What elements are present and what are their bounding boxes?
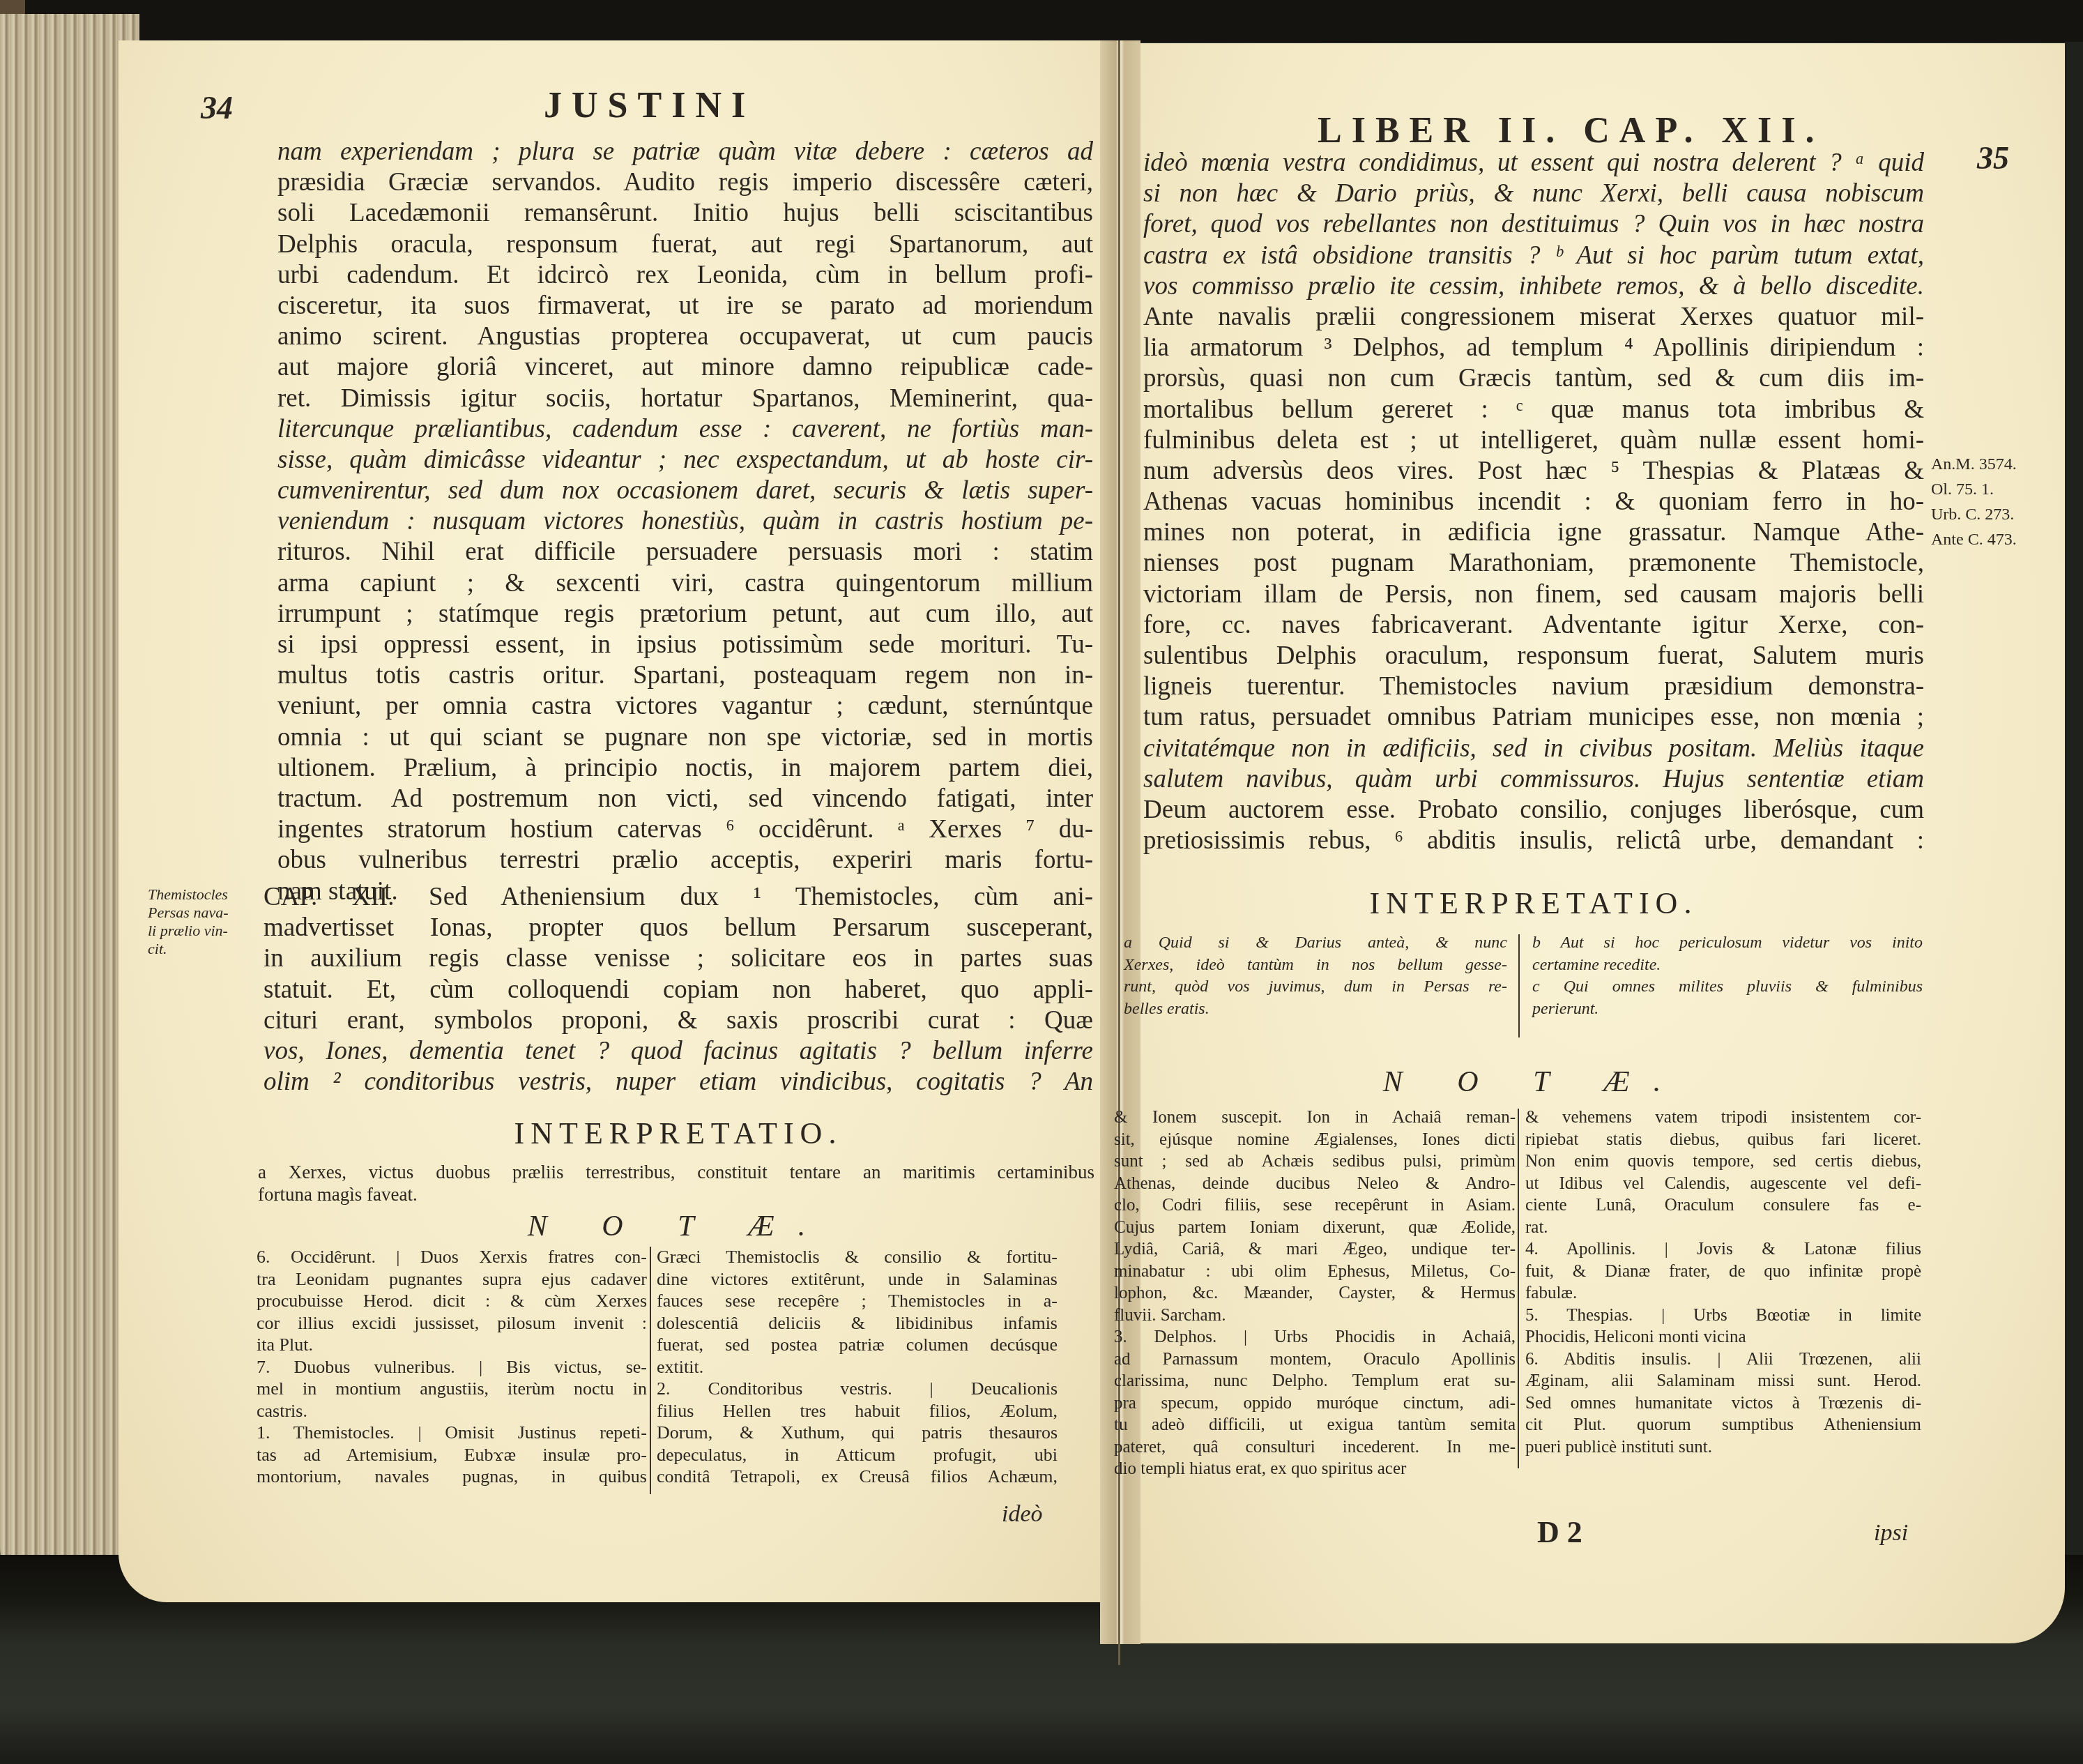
note-line: Græci Themistoclis & consilio & fortitu- xyxy=(657,1246,1058,1268)
note-line: cit Plut. quorum sumptibus Atheniensium xyxy=(1525,1415,1921,1437)
notae-heading-left: N O T Æ. xyxy=(264,1210,1093,1243)
note-line: tu adeò difficili, ut exigua tantùm semi… xyxy=(1114,1415,1516,1437)
interpretatio-right-col2: b Aut si hoc periculosum videtur vos ini… xyxy=(1532,933,1923,1021)
body-line: arma capiunt ; & sexcenti viri, castra q… xyxy=(277,568,1093,599)
column-rule xyxy=(650,1247,651,1494)
body-line: animo scirent. Angustias propterea occup… xyxy=(277,321,1093,352)
body-line: nienses post pugnam Marathoniam, præmone… xyxy=(1143,548,1924,579)
note-line: ciente Lunâ, Oraculum consulere fas e- xyxy=(1525,1195,1921,1217)
body-line: omnia : ut qui sciant se pugnare non spe… xyxy=(277,722,1093,753)
body-line: sisse, quàm dimicâsse videantur ; nec ex… xyxy=(277,445,1093,476)
interpretatio-line: c Qui omnes milites pluviis & fulminibus xyxy=(1532,977,1923,999)
note-line: & vehemens vatem tripodi insistentem cor… xyxy=(1525,1107,1921,1130)
body-line: ideò mœnia vestra condidimus, ut essent … xyxy=(1143,148,1924,178)
note-line: ripiebat statis diebus, quibus fari lice… xyxy=(1525,1130,1921,1152)
body-line: fulminibus deleta est ; ut intelligeret,… xyxy=(1143,425,1924,456)
interpretatio-line: fortuna magìs faveat. xyxy=(258,1183,1094,1206)
signature-mark: D 2 xyxy=(1537,1514,1582,1550)
interpretatio-line: a Quid si & Darius anteà, & nunc xyxy=(1124,933,1507,955)
note-line: fuit, & Dianæ frater, de quo infinitæ pr… xyxy=(1525,1261,1921,1284)
notes-right-col1: & Ionem suscepit. Ion in Achaiâ reman-si… xyxy=(1114,1107,1516,1481)
note-line: Lydiâ, Cariâ, & mari Ægeo, undique ter- xyxy=(1114,1239,1516,1261)
note-line: lophon, &c. Mæander, Cayster, & Hermus xyxy=(1114,1283,1516,1305)
body-line: victoriam illam de Persis, non finem, se… xyxy=(1143,579,1924,610)
body-line: ret. Dimissis igitur sociis, hortatur Sp… xyxy=(277,383,1093,414)
note-line: 6. Occidêrunt. | Duos Xerxis fratres con… xyxy=(257,1246,647,1268)
body-line: Delphis oracula, responsum fuerat, aut r… xyxy=(277,229,1093,260)
interpretatio-line: perierunt. xyxy=(1532,999,1923,1021)
body-line: statuit. Et, cùm colloquendi copiam non … xyxy=(264,975,1093,1005)
note-line: pateret, quâ consulturi incederent. In m… xyxy=(1114,1437,1516,1459)
margin-note-line: cit. xyxy=(148,940,228,958)
body-line: nam experiendam ; plura se patriæ quàm v… xyxy=(277,137,1093,167)
notes-left-col2: Græci Themistoclis & consilio & fortitu-… xyxy=(657,1246,1058,1488)
note-line: 5. Thespias. | Urbs Bœotiæ in limite xyxy=(1525,1305,1921,1328)
body-line: irrumpunt ; statímque regis prætorium pe… xyxy=(277,599,1093,630)
left-running-head: JUSTINI xyxy=(544,85,755,126)
notes-right-col2: & vehemens vatem tripodi insistentem cor… xyxy=(1525,1107,1921,1459)
chronology-line: Ol. 75. 1. xyxy=(1931,477,2017,502)
margin-note-line: Themistocles xyxy=(148,885,228,904)
body-line: in auxilium regis classe venisse ; solic… xyxy=(264,943,1093,974)
note-line: ita Plut. xyxy=(257,1334,647,1356)
left-folio: 34 xyxy=(201,89,233,126)
body-line: urbi cadendum. Et idcircò rex Leonida, c… xyxy=(277,260,1093,291)
note-line: procubuisse Herod. dicit : & cùm Xerxes xyxy=(257,1290,647,1312)
body-line: num adversùs deos vires. Post hæc ⁵ Thes… xyxy=(1143,456,1924,487)
body-line: ligneis tuerentur. Themistocles navium p… xyxy=(1143,671,1924,702)
body-line: vos, Iones, dementia tenet ? quod facinu… xyxy=(264,1036,1093,1067)
note-line: Non enim quovis tempore, sed certis dieb… xyxy=(1525,1151,1921,1173)
body-line: prorsùs, quasi non cum Græcis tantùm, se… xyxy=(1143,363,1924,394)
note-line: dine victores extitêrunt, unde in Salami… xyxy=(657,1268,1058,1291)
note-line: clarissima, nunc Delpho. Templum erat su… xyxy=(1114,1371,1516,1393)
body-line: Deum auctorem esse. Probato consilio, co… xyxy=(1143,795,1924,826)
body-line: si ipsi oppressi essent, in ipsius potis… xyxy=(277,630,1093,660)
body-line: pretiosissimis rebus, ⁶ abditis insulis,… xyxy=(1143,826,1924,856)
body-line: cituri erant, symbolos proponi, & saxis … xyxy=(264,1005,1093,1036)
note-line: rat. xyxy=(1525,1217,1921,1240)
right-running-head: LIBER II. CAP. XII. xyxy=(1318,110,1824,151)
interpretatio-heading-right: INTERPRETATIO. xyxy=(1143,885,1924,921)
note-line: Athenas, deinde ducibus Neleo & Andro- xyxy=(1114,1173,1516,1196)
note-line: Æginam, alii Salaminam missi sunt. Herod… xyxy=(1525,1371,1921,1393)
body-line: lia armatorum ³ Delphos, ad templum ⁴ Ap… xyxy=(1143,333,1924,363)
interpretatio-line: certamine recedite. xyxy=(1532,955,1923,978)
note-line: fluvii. Sarcham. xyxy=(1114,1305,1516,1328)
body-line: foret, quod vos rebellantes non destitui… xyxy=(1143,209,1924,240)
note-line: tra Leonidam pugnantes supra ejus cadave… xyxy=(257,1268,647,1291)
note-line: dolescentiâ deliciis & libidinibus infam… xyxy=(657,1312,1058,1335)
body-line: si non hæc & Dario priùs, & nunc Xerxi, … xyxy=(1143,178,1924,209)
body-line: CAP. XII. Sed Atheniensium dux ¹ Themist… xyxy=(264,882,1093,913)
notes-left-col1: 6. Occidêrunt. | Duos Xerxis fratres con… xyxy=(257,1246,647,1488)
note-line: castris. xyxy=(257,1400,647,1422)
interpretatio-line: a Xerxes, victus duobus præliis terrestr… xyxy=(258,1161,1094,1183)
interpretatio-line: Xerxes, ideò tantùm in nos bellum gesse- xyxy=(1124,955,1507,978)
margin-note-line: li prælio vin- xyxy=(148,922,228,940)
note-line: conditâ Tetrapoli, ex Creusâ filios Achæ… xyxy=(657,1466,1058,1488)
body-line: sulentibus Delphis oraculum, responsum f… xyxy=(1143,641,1924,671)
note-line: 4. Apollinis. | Jovis & Latonæ filius xyxy=(1525,1239,1921,1261)
note-line: Phocidis, Heliconi monti vicina xyxy=(1525,1327,1921,1349)
body-line: veniunt, per omnia castra victores vagan… xyxy=(277,691,1093,722)
note-line: Cujus partem Ioniam dixerunt, quæ Æolide… xyxy=(1114,1217,1516,1240)
note-line: ad Parnassum montem, Oraculo Apollinis xyxy=(1114,1349,1516,1371)
note-line: cor illius excidi jussisset, pilosum inv… xyxy=(257,1312,647,1335)
note-line: depeculatus, in Atticum profugit, ubi xyxy=(657,1444,1058,1466)
body-line: mines non poterat, in ædificia igne gras… xyxy=(1143,517,1924,548)
note-line: fuerat, sed postea patriæ columen decúsq… xyxy=(657,1334,1058,1356)
interpretatio-line: b Aut si hoc periculosum videtur vos ini… xyxy=(1532,933,1923,955)
note-line: tas ad Artemisium, Eubϫæ insulæ pro- xyxy=(257,1444,647,1466)
body-line: cisceretur, ita suos firmaverat, ut ire … xyxy=(277,291,1093,321)
note-line: fauces sese recepêre ; Themistocles in a… xyxy=(657,1290,1058,1312)
book-scan: 34 JUSTINI nam experiendam ; plura se pa… xyxy=(0,0,2083,1764)
body-line: aut majore gloriâ vinceret, aut minore d… xyxy=(277,352,1093,383)
body-line: Ante navalis prælii congressionem misera… xyxy=(1143,302,1924,333)
body-line: obus vulneribus terrestri prælio accepti… xyxy=(277,845,1093,876)
note-line: minabatur : ubi olim Ephesus, Miletus, C… xyxy=(1114,1261,1516,1284)
note-line: pueri publicè instituti sunt. xyxy=(1525,1437,1921,1459)
body-line: salutem navibus, quàm urbi commissuros. … xyxy=(1143,764,1924,795)
note-line: fabulæ. xyxy=(1525,1283,1921,1305)
chronology-line: An.M. 3574. xyxy=(1931,452,2017,477)
note-line: clo, Codri filiis, sese recepêrunt in As… xyxy=(1114,1195,1516,1217)
body-line: veniendum : nusquam victores honestiùs, … xyxy=(277,506,1093,537)
body-line: cumvenirentur, sed dum nox occasionem da… xyxy=(277,476,1093,506)
note-line: 2. Conditoribus vestris. | Deucalionis xyxy=(657,1378,1058,1400)
interpretatio-heading-left: INTERPRETATIO. xyxy=(264,1116,1093,1151)
body-line: madvertisset Ionas, propter quos bellum … xyxy=(264,913,1093,943)
body-line: ingentes stratorum hostium catervas ⁶ oc… xyxy=(277,814,1093,845)
note-line: 7. Duobus vulneribus. | Bis victus, se- xyxy=(257,1356,647,1378)
left-body-text: nam experiendam ; plura se patriæ quàm v… xyxy=(277,137,1093,907)
note-line: filius Hellen tres habuit filios, Æolum, xyxy=(657,1400,1058,1422)
left-catchword: ideò xyxy=(1002,1501,1043,1528)
body-line: litercunque præliantibus, cadendum esse … xyxy=(277,414,1093,445)
interpretatio-right-col1: a Quid si & Darius anteà, & nuncXerxes, … xyxy=(1124,933,1507,1021)
note-line: dio templi hiatus erat, ex quo spiritus … xyxy=(1114,1459,1516,1481)
body-line: multus totis castris oritur. Spartani, p… xyxy=(277,660,1093,691)
interpretatio-left: a Xerxes, victus duobus præliis terrestr… xyxy=(258,1161,1094,1205)
note-line: sit, ejúsque nomine Ægialenses, Iones di… xyxy=(1114,1130,1516,1152)
note-line: 3. Delphos. | Urbs Phocidis in Achaiâ, xyxy=(1114,1327,1516,1349)
note-line: & Ionem suscepit. Ion in Achaiâ reman- xyxy=(1114,1107,1516,1130)
note-line: ut Idibus vel Calendis, augescente vel d… xyxy=(1525,1173,1921,1196)
interpretatio-line: runt, quòd vos juvimus, dum in Persas re… xyxy=(1124,977,1507,999)
book-cover-top xyxy=(0,0,2083,42)
body-line: civitatémque non in ædificiis, sed in ci… xyxy=(1143,733,1924,764)
note-line: Dorum, & Xuthum, qui patris thesauros xyxy=(657,1422,1058,1444)
note-line: extitit. xyxy=(657,1356,1058,1378)
cap-xii-text: CAP. XII. Sed Atheniensium dux ¹ Themist… xyxy=(264,882,1093,1097)
note-line: Sed omnes humanitate victos à Trœzenis d… xyxy=(1525,1393,1921,1415)
body-line: soli Lacedæmonii remansêrunt. Initio huj… xyxy=(277,198,1093,229)
body-line: rituros. Nihil erat difficile persuadere… xyxy=(277,537,1093,568)
body-line: tractum. Ad postremum non victi, sed vin… xyxy=(277,784,1093,814)
body-line: ultionem. Prælium, à principio noctis, i… xyxy=(277,753,1093,784)
interpretatio-line: belles eratis. xyxy=(1124,999,1507,1021)
note-line: 1. Themistocles. | Omisit Justinus repet… xyxy=(257,1422,647,1444)
notae-heading-right: N O T Æ. xyxy=(1143,1065,1924,1099)
margin-note-line: Persas nava- xyxy=(148,904,228,922)
chronology-line: Urb. C. 273. xyxy=(1931,502,2017,527)
chronology-margin: An.M. 3574.Ol. 75. 1.Urb. C. 273.Ante C.… xyxy=(1931,452,2017,552)
body-line: tum ratus, persuadet omnibus Patriam mun… xyxy=(1143,702,1924,733)
column-rule xyxy=(1518,1109,1519,1468)
note-line: montorium, navales pugnas, in quibus xyxy=(257,1466,647,1488)
body-line: fore, cc. naves fabricaverant. Adventant… xyxy=(1143,610,1924,641)
right-folio: 35 xyxy=(1977,139,2009,176)
chronology-line: Ante C. 473. xyxy=(1931,527,2017,552)
body-line: vos commisso prælio ite cessim, inhibete… xyxy=(1143,271,1924,302)
right-catchword: ipsi xyxy=(1874,1520,1908,1546)
note-line: 6. Abditis insulis. | Alii Trœzenen, ali… xyxy=(1525,1349,1921,1371)
note-line: pra specum, oppido muróque cinctum, adi- xyxy=(1114,1393,1516,1415)
margin-note: ThemistoclesPersas nava-li prælio vin-ci… xyxy=(148,885,228,958)
body-line: Athenas vacuas hominibus incendit : & qu… xyxy=(1143,487,1924,517)
note-line: sunt ; sed ab Achæis sedibus pulsi, prim… xyxy=(1114,1151,1516,1173)
body-line: mortalibus bellum gereret : ᶜ quæ manus … xyxy=(1143,395,1924,425)
body-line: castra ex istâ obsidione transitis ? ᵇ A… xyxy=(1143,241,1924,271)
note-line: mel in montium angustiis, iterùm noctu i… xyxy=(257,1378,647,1400)
body-line: præsidia Græciæ servandos. Audito regis … xyxy=(277,167,1093,198)
body-line: olim ² conditoribus vestris, nuper etiam… xyxy=(264,1067,1093,1097)
column-rule xyxy=(1518,934,1520,1037)
right-body-text: ideò mœnia vestra condidimus, ut essent … xyxy=(1143,148,1924,856)
